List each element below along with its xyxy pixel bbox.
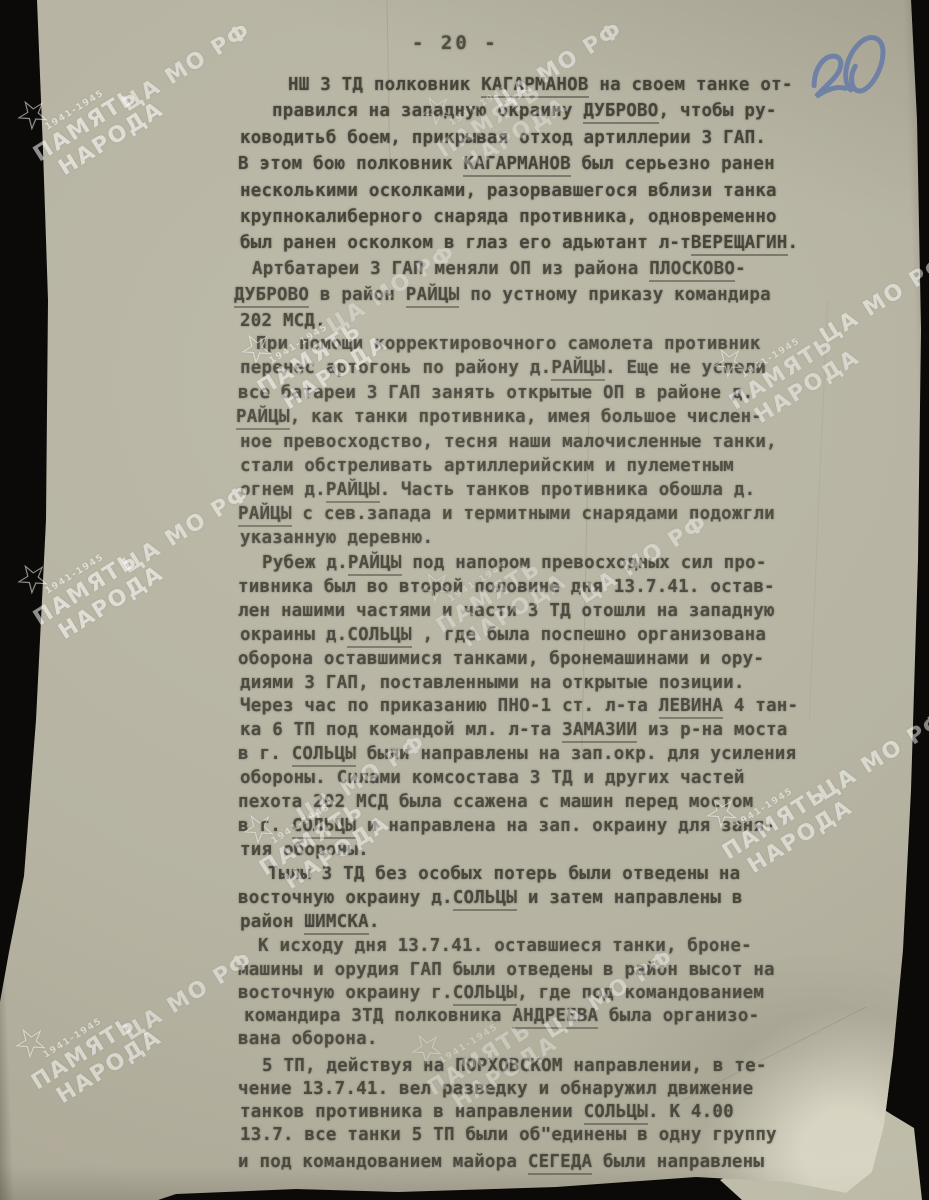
typed-line: командира 3ТД полковника АНДРЕЕВА была о… — [244, 1006, 759, 1026]
typed-line: ка 6 ТП под командой мл. л-та ЗАМАЗИИ из… — [240, 720, 788, 740]
typed-line: восточную окраину д.СОЛЬЦЫ и затем напра… — [238, 888, 743, 908]
typed-line: Тылы 3 ТД без особых потерь были отведен… — [268, 864, 740, 884]
typed-line: тивника был во второй половине дня 13.7.… — [238, 577, 775, 597]
typed-line: Артбатареи 3 ГАП меняли ОП из района ПЛО… — [252, 259, 746, 279]
typed-line: НШ 3 ТД полковник КАГАРМАНОВ на своем та… — [288, 75, 793, 95]
typed-page-number: - 20 - — [412, 33, 499, 53]
typed-line: ководитьб боем, прикрывая отход артиллер… — [240, 128, 766, 148]
typed-line: крупнокалиберного снаряда противника, од… — [240, 207, 777, 227]
typed-line: машины и орудия ГАП были отведены в райо… — [238, 960, 775, 980]
typed-line: оборона оставшимися танками, бронемашина… — [238, 649, 764, 669]
typed-line: перенес артогонь по району д.РАЙЦЫ. Еще … — [240, 358, 766, 378]
paper-specks — [0, 0, 1, 1]
typed-line: правился на западную окраину ДУБРОВО, чт… — [272, 101, 777, 121]
typed-line: вана оборона. — [238, 1029, 378, 1049]
typed-line: в г. СОЛЬЦЫ и направлена на зап. окраину… — [238, 816, 775, 836]
typed-line: РАЙЦЫ с сев.запада и термитными снарядам… — [238, 504, 775, 524]
typed-line: и под командованием майора СЕГЕДА были н… — [238, 1152, 764, 1172]
typed-line: несколькими осколками, разорвавшегося вб… — [240, 181, 777, 201]
typed-line: обороны. Силами комсостава 3 ТД и других… — [240, 768, 745, 788]
typed-line: огнем д.РАЙЦЫ. Часть танков противника о… — [240, 480, 755, 500]
typed-line: При помощи корректировочного самолета пр… — [256, 334, 761, 354]
typed-line: восточную окраину г.СОЛЬЦЫ, где под кома… — [238, 983, 764, 1003]
typed-line: 5 ТП, действуя на ПОРХОВСКОМ направлении… — [262, 1056, 767, 1076]
typed-line: 13.7. все танки 5 ТП были об"единены в о… — [240, 1125, 777, 1145]
typed-line: тия обороны. — [240, 840, 369, 860]
typed-line: К исходу дня 13.7.41. оставшиеся танки, … — [258, 936, 752, 956]
typed-line: танков противника в направлении СОЛЬЦЫ. … — [240, 1102, 734, 1122]
typed-line: ное превосходство, тесня наши малочислен… — [240, 432, 777, 452]
typed-line: ДУБРОВО в район РАЙЦЫ по устному приказу… — [234, 285, 771, 305]
typed-line: Рубеж д.РАЙЦЫ под напором превосходных с… — [262, 553, 767, 573]
typed-line: В этом бою полковник КАГАРМАНОВ был серь… — [238, 154, 775, 174]
typed-line: пехота 202 МСД была ссажена с машин пере… — [238, 792, 753, 812]
typed-line: указанную деревню. — [240, 528, 433, 548]
typed-line: окраины д.СОЛЬЦЫ , где была поспешно орг… — [240, 625, 766, 645]
typed-line: Через час по приказанию ПНО-1 ст. л-та Л… — [240, 696, 798, 716]
typed-line: был ранен осколком в глаз его адьютант л… — [240, 233, 798, 253]
paper-crease — [809, 300, 829, 720]
handwritten-page-number — [794, 15, 903, 113]
typed-line: лен нашими частями и части 3 ТД отошли н… — [238, 601, 775, 621]
typed-line: стали обстреливать артиллерийским и пуле… — [240, 456, 734, 476]
scan-background: - 20 - НШ 3 ТД полковник КАГАРМАНОВ на с… — [0, 0, 929, 1200]
typed-line: в г. СОЛЬЦЫ были направлены на зап.окр. … — [238, 744, 796, 764]
typed-line: чение 13.7.41. вел разведку и обнаружил … — [238, 1079, 753, 1099]
document-page: - 20 - НШ 3 ТД полковник КАГАРМАНОВ на с… — [0, 0, 929, 1200]
typed-line: 202 МСД. — [240, 311, 326, 331]
typed-line: диями 3 ГАП, поставленными на открытые п… — [240, 673, 745, 693]
typed-line: район ШИМСКА. — [240, 912, 380, 932]
typed-line: все батареи 3 ГАП занять открытые ОП в р… — [238, 383, 753, 403]
typed-line: РАЙЦЫ, как танки противника, имея большо… — [236, 407, 762, 427]
